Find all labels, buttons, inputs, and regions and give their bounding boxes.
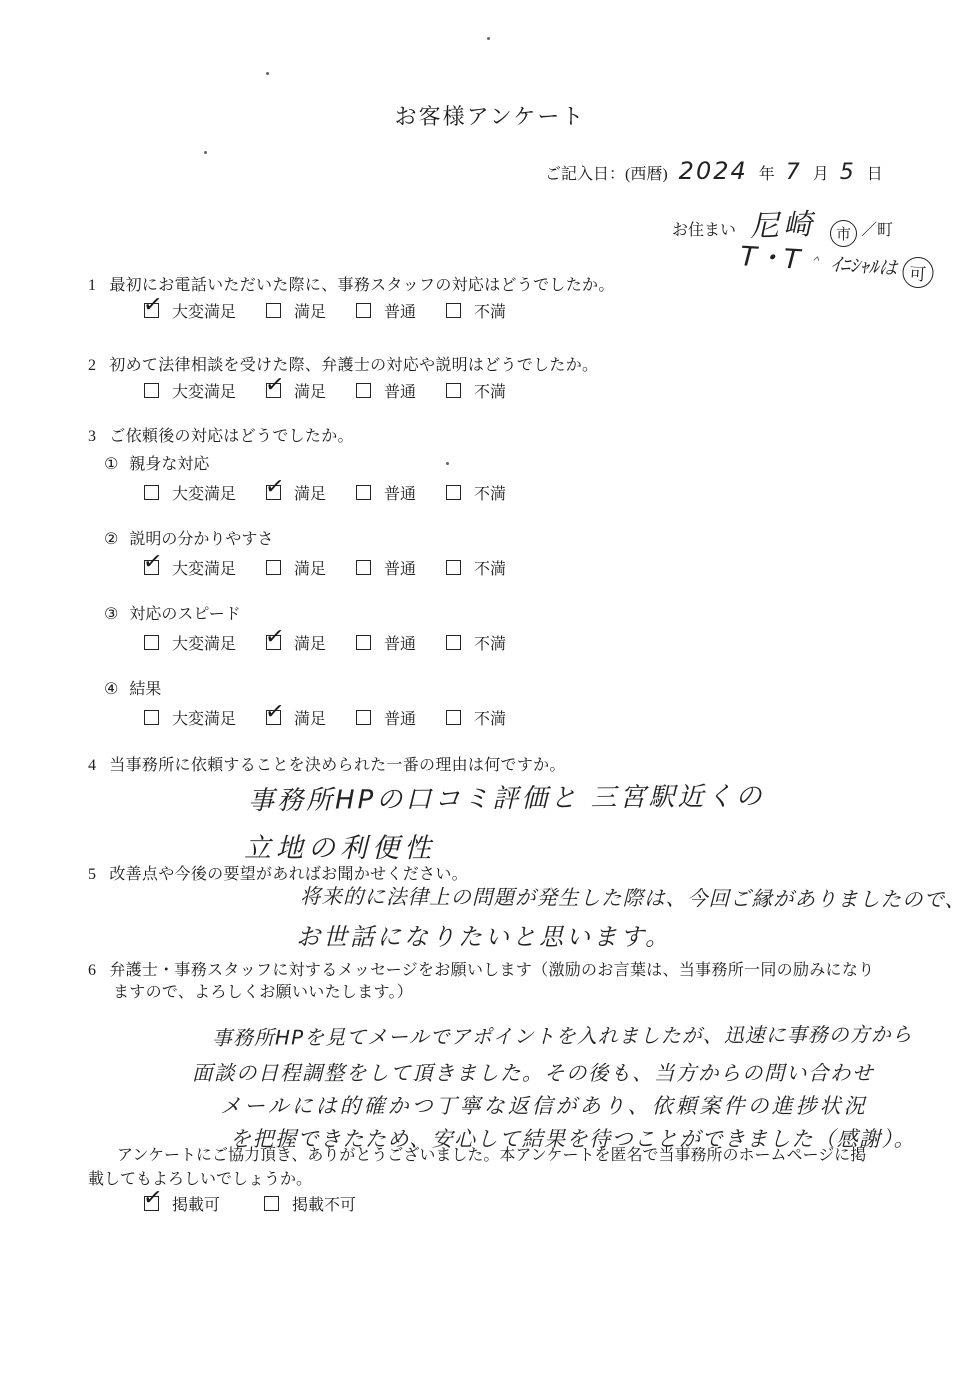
day-unit: 日 [867, 166, 883, 183]
option-label: 普通 [384, 631, 416, 654]
q3-4-checkbox-dissatisfied[interactable] [446, 710, 461, 725]
month-unit: 月 [813, 166, 829, 183]
option-label: 不満 [474, 481, 506, 504]
q3-3-checkbox-very-satisfied[interactable] [144, 635, 159, 650]
q3-3-checkbox-dissatisfied[interactable] [446, 635, 461, 650]
q3-4-checkbox-neutral[interactable] [356, 710, 371, 725]
q5-answer-line-2: お世話になりたいと思います。 [296, 917, 672, 952]
q4-answer-line-1: 事務所HPの口コミ評価と 三宮駅近くの [248, 776, 765, 818]
option-label: 普通 [384, 556, 416, 579]
option-label: 不満 [474, 299, 506, 322]
q3-2-checkbox-neutral[interactable] [356, 560, 371, 575]
option-label: 大変満足 [172, 556, 236, 579]
caret-mark: ＾ [809, 252, 823, 268]
publish-permission-row: 掲載可 掲載不可 [144, 1192, 356, 1215]
q3-1-rating-row: 大変満足 満足 普通 不満 [144, 481, 506, 504]
q3-1-checkbox-dissatisfied[interactable] [446, 485, 461, 500]
q3-3-checkbox-neutral[interactable] [356, 635, 371, 650]
q3-1-checkbox-neutral[interactable] [356, 485, 371, 500]
footer-text-line-2: 載してもよろしいでしょうか。 [88, 1166, 312, 1189]
q1-checkbox-neutral[interactable] [356, 303, 371, 318]
option-label: 満足 [294, 631, 326, 654]
publish-ok-checkbox[interactable] [144, 1196, 159, 1211]
option-label: 不満 [474, 706, 506, 729]
option-label: 大変満足 [172, 631, 236, 654]
option-label: 不満 [474, 556, 506, 579]
page-title: お客様アンケート [0, 100, 980, 131]
question-4-number: 4 [88, 757, 96, 775]
option-label: 満足 [294, 379, 326, 402]
q1-checkbox-dissatisfied[interactable] [446, 303, 461, 318]
q3-4-rating-row: 大変満足 満足 普通 不満 [144, 706, 506, 729]
sub-label: 結果 [129, 681, 161, 698]
option-label: 大変満足 [172, 481, 236, 504]
sub-marker: ① [104, 454, 118, 473]
option-label: 普通 [384, 481, 416, 504]
entry-date-day-handwritten: 5 [840, 160, 856, 185]
entry-date-label: ご記入日：(西暦) [545, 166, 668, 183]
question-2-text: 初めて法律相談を受けた際、弁護士の対応や説明はどうでしたか。 [109, 357, 598, 374]
option-label: 不満 [474, 631, 506, 654]
option-label: 大変満足 [172, 379, 236, 402]
scan-speck [204, 151, 207, 154]
q3-4-checkbox-satisfied[interactable] [266, 710, 281, 725]
initials-note-text: ｲﾆｼｬﾙは [830, 254, 898, 280]
sub-label: 説明の分かりやすさ [129, 531, 273, 548]
q6-answer-line-1: 事務所HPを見てメールでアポイントを入れましたが、迅速に事務の方から [212, 1018, 913, 1051]
q3-1-checkbox-satisfied[interactable] [266, 485, 281, 500]
q2-checkbox-neutral[interactable] [356, 383, 371, 398]
q2-rating-row: 大変満足 満足 普通 不満 [144, 379, 506, 402]
question-6-text-line-2: ますので、よろしくお願いいたします。） [113, 979, 413, 1002]
question-6-number: 6 [88, 962, 96, 980]
initials-ok-circled: 可 [901, 256, 934, 289]
year-unit: 年 [759, 166, 775, 183]
question-1: 1最初にお電話いただいた際に、事務スタッフの対応はどうでしたか。 [88, 272, 615, 295]
q3-4-checkbox-very-satisfied[interactable] [144, 710, 159, 725]
option-label: 満足 [294, 481, 326, 504]
publish-ok-label: 掲載可 [172, 1192, 220, 1215]
question-3-sub-1: ①親身な対応 [104, 451, 209, 474]
initials-note-line: T・T ＾ ｲﾆｼｬﾙは 可 [739, 234, 935, 289]
question-3-number: 3 [88, 428, 96, 446]
sub-marker: ② [104, 529, 118, 548]
option-label: 大変満足 [172, 706, 236, 729]
q1-checkbox-satisfied[interactable] [266, 303, 281, 318]
sub-label: 親身な対応 [129, 456, 209, 473]
entry-date-month-handwritten: 7 [786, 160, 802, 185]
question-4-text: 当事務所に依頼することを決められた一番の理由は何ですか。 [109, 757, 565, 774]
sub-label: 対応のスピード [129, 606, 240, 623]
q3-1-checkbox-very-satisfied[interactable] [144, 485, 159, 500]
option-label: 普通 [384, 379, 416, 402]
q6-answer-line-3: メールには的確かつ丁寧な返信があり、依頼案件の進捗状況 [220, 1090, 868, 1120]
footer-text-line-1: アンケートにご協力頂き、ありがとうございました。本アンケートを匿名で当事務所のホ… [117, 1142, 866, 1165]
entry-date-line: ご記入日：(西暦) 2024 年 7 月 5 日 [545, 157, 883, 185]
q4-answer-line-2: 立地の利便性 [244, 826, 436, 865]
option-label: 満足 [294, 556, 326, 579]
option-label: 大変満足 [172, 299, 236, 322]
sub-marker: ④ [104, 679, 118, 698]
question-1-number: 1 [88, 277, 96, 295]
option-label: 満足 [294, 299, 326, 322]
sub-marker: ③ [104, 604, 118, 623]
question-1-text: 最初にお電話いただいた際に、事務スタッフの対応はどうでしたか。 [109, 277, 614, 294]
question-5-number: 5 [88, 866, 96, 884]
question-6-text-line-1: 弁護士・事務スタッフに対するメッセージをお願いします（激励のお言葉は、当事務所一… [109, 962, 874, 979]
question-3: 3ご依頼後の対応はどうでしたか。 [88, 423, 354, 446]
q3-3-rating-row: 大変満足 満足 普通 不満 [144, 631, 506, 654]
question-6: 6弁護士・事務スタッフに対するメッセージをお願いします（激励のお言葉は、当事務所… [88, 957, 874, 980]
q3-3-checkbox-satisfied[interactable] [266, 635, 281, 650]
option-label: 普通 [384, 706, 416, 729]
q5-answer-line-1: 将来的に法律上の問題が発生した際は、今回ご縁がありましたので、 [300, 879, 966, 912]
option-label: 不満 [474, 379, 506, 402]
q6-answer-line-2: 面談の日程調整をして頂きました。その後も、当方からの問い合わせ [192, 1056, 874, 1086]
publish-not-ok-label: 掲載不可 [292, 1192, 356, 1215]
q2-checkbox-very-satisfied[interactable] [144, 383, 159, 398]
scan-speck [266, 72, 269, 75]
publish-not-ok-checkbox[interactable] [264, 1196, 279, 1211]
entry-date-year-handwritten: 2024 [679, 157, 748, 185]
scan-speck [446, 462, 449, 465]
question-2: 2初めて法律相談を受けた際、弁護士の対応や説明はどうでしたか。 [88, 352, 598, 375]
residence-label: お住まい [672, 222, 736, 239]
q2-checkbox-dissatisfied[interactable] [446, 383, 461, 398]
q3-2-checkbox-dissatisfied[interactable] [446, 560, 461, 575]
question-3-sub-3: ③対応のスピード [104, 601, 241, 624]
question-4: 4当事務所に依頼することを決められた一番の理由は何ですか。 [88, 752, 566, 775]
question-2-number: 2 [88, 357, 96, 375]
q1-checkbox-very-satisfied[interactable] [144, 303, 159, 318]
q3-2-rating-row: 大変満足 満足 普通 不満 [144, 556, 506, 579]
option-label: 普通 [384, 299, 416, 322]
q3-2-checkbox-very-satisfied[interactable] [144, 560, 159, 575]
scan-speck [487, 37, 490, 40]
q2-checkbox-satisfied[interactable] [266, 383, 281, 398]
question-3-sub-2: ②説明の分かりやすさ [104, 526, 273, 549]
initials-handwritten: T・T [739, 241, 801, 276]
q3-2-checkbox-satisfied[interactable] [266, 560, 281, 575]
question-3-sub-4: ④結果 [104, 676, 161, 699]
q1-rating-row: 大変満足 満足 普通 不満 [144, 299, 506, 322]
scanned-survey-page: お客様アンケート ご記入日：(西暦) 2024 年 7 月 5 日 お住まい 尼… [0, 0, 980, 1386]
option-label: 満足 [294, 706, 326, 729]
residence-town-unit: ／町 [861, 222, 893, 239]
question-3-text: ご依頼後の対応はどうでしたか。 [109, 428, 354, 445]
